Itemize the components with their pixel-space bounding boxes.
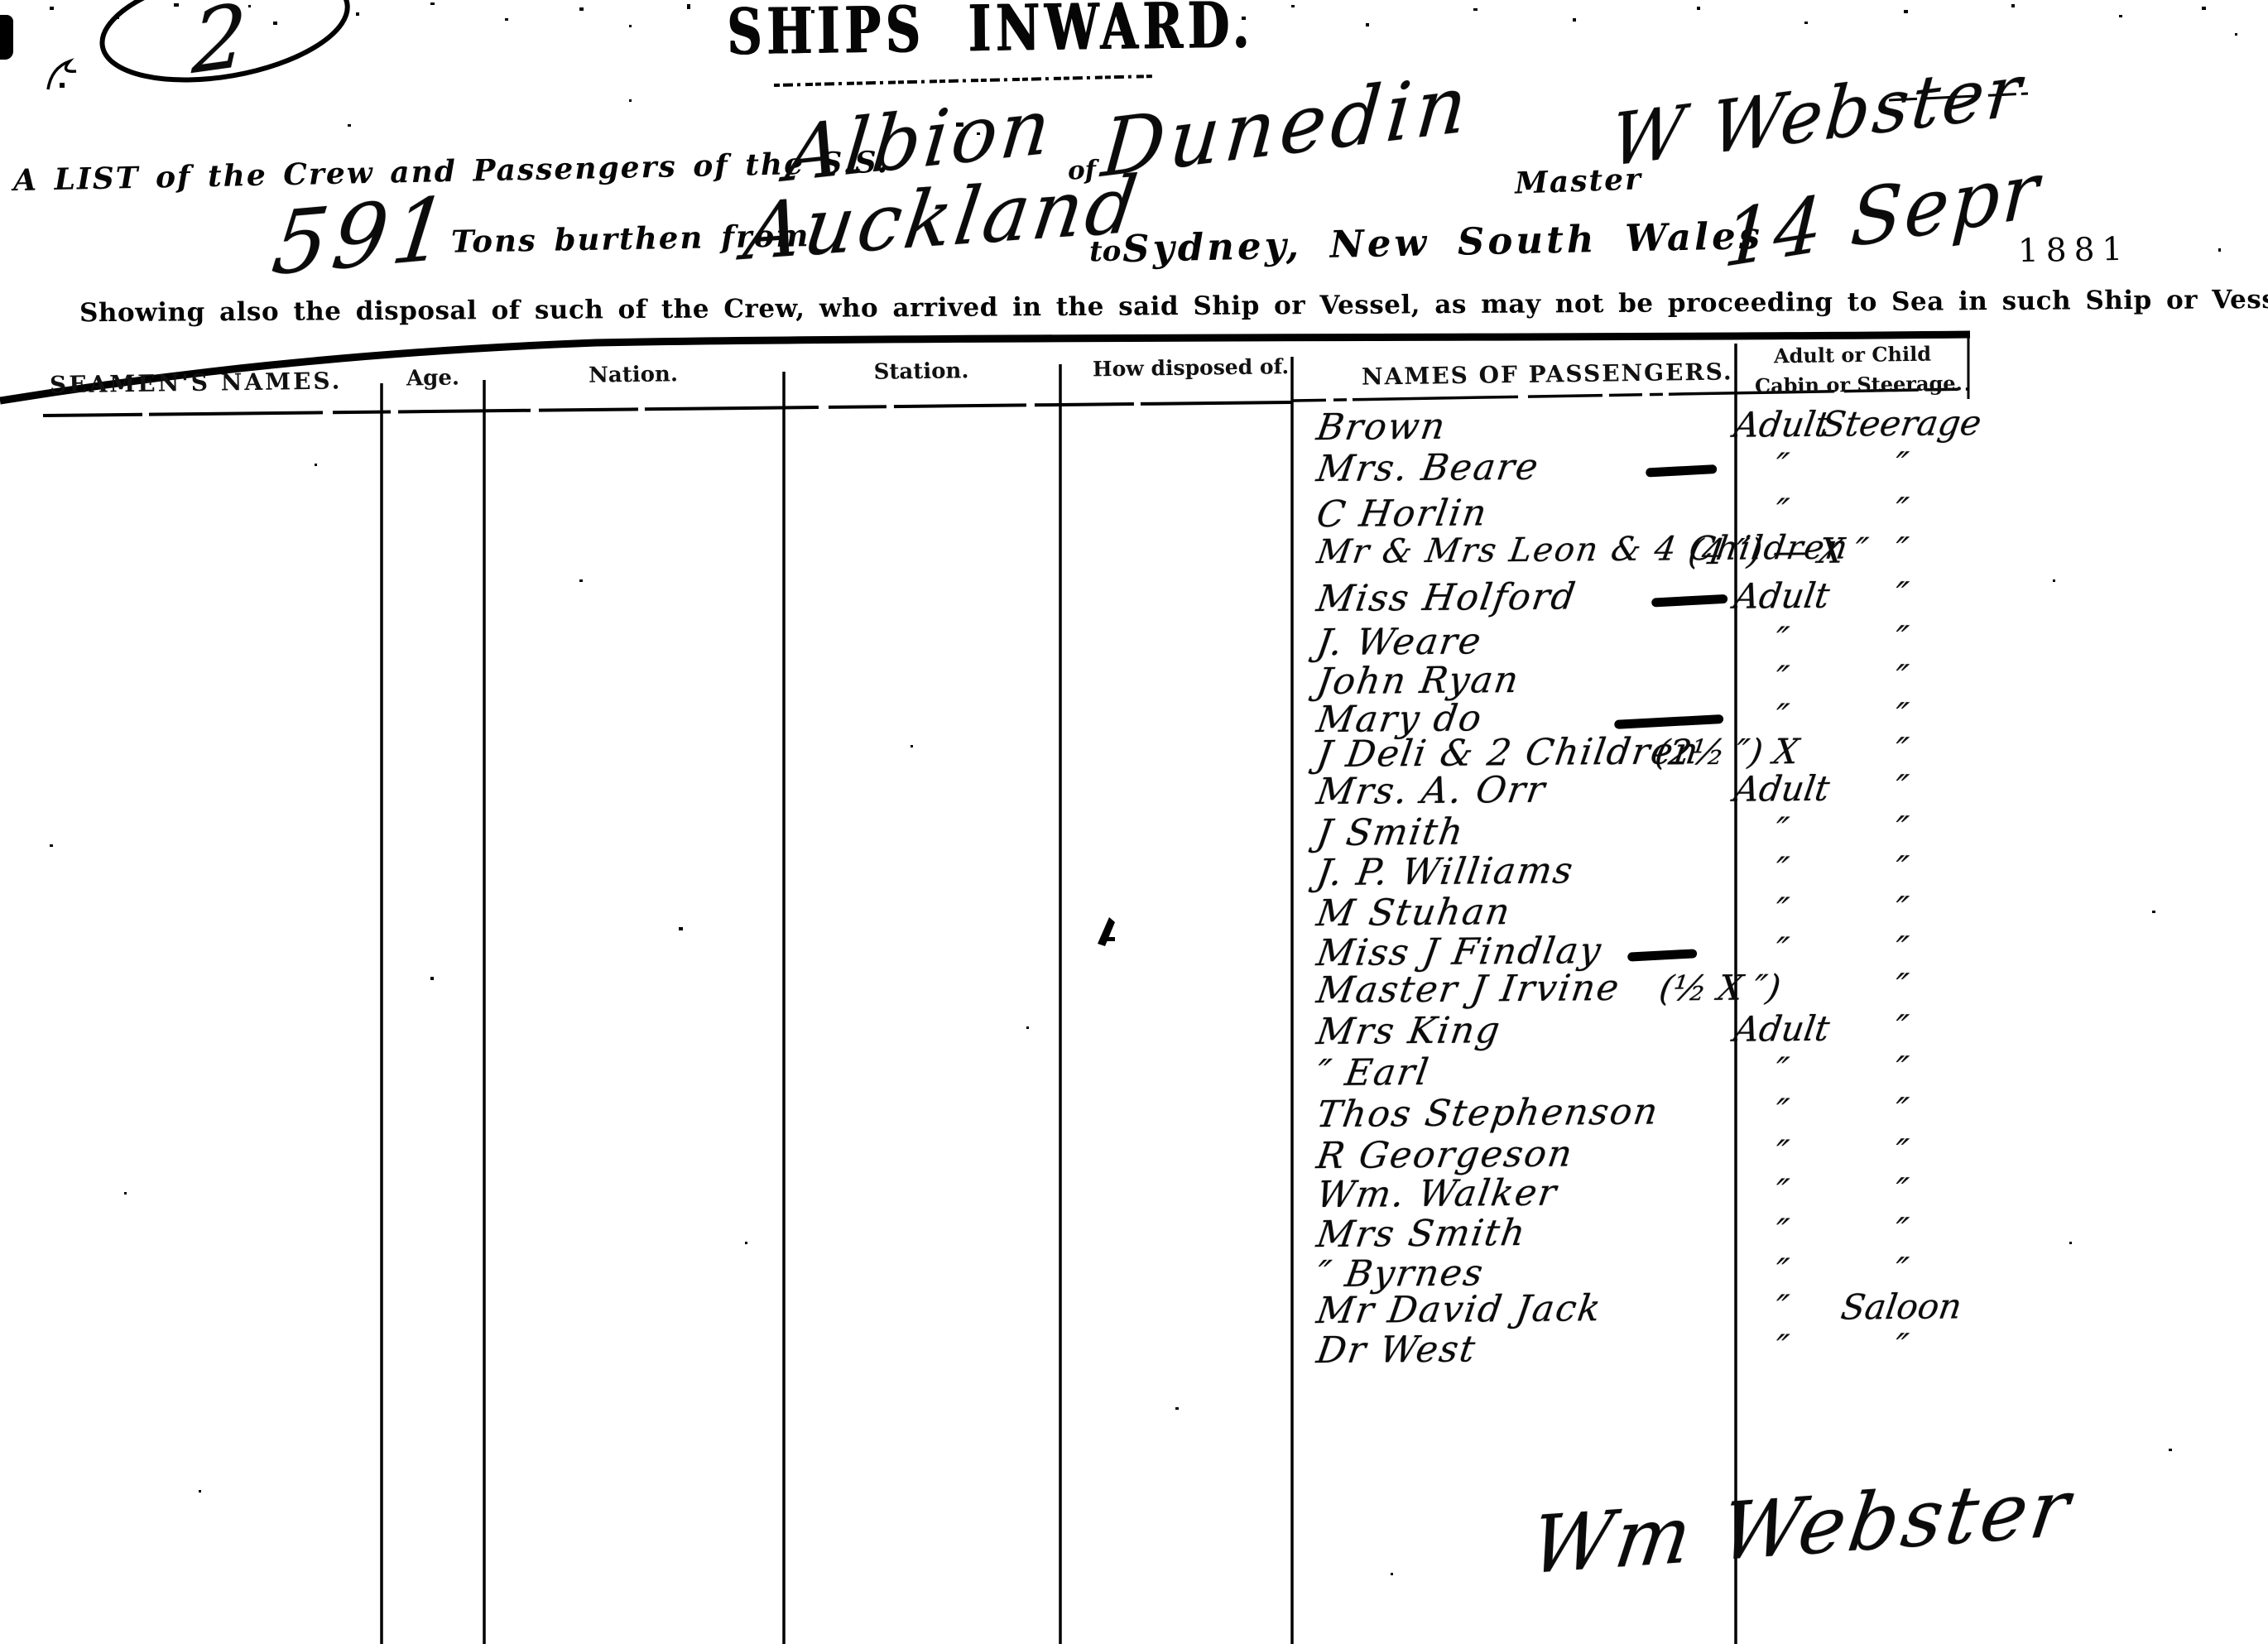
cabin-steerage-mark: ″ xyxy=(1816,1209,1986,1252)
cabin-steerage-mark: ″ xyxy=(1816,529,1986,571)
passenger-name: M Stuhan xyxy=(1314,891,1514,935)
passenger-name: C Horlin xyxy=(1314,492,1491,536)
passenger-name: Mr David Jack xyxy=(1314,1287,1604,1332)
cabin-steerage-mark: ″ xyxy=(1816,1089,1986,1132)
scan-edge-blob xyxy=(0,15,13,60)
disposal-dash-mark xyxy=(1646,464,1717,477)
passenger-name: Mrs. Beare xyxy=(1314,446,1542,490)
cabin-steerage-mark: ″ xyxy=(1816,808,1986,850)
passenger-name: Mrs Smith xyxy=(1314,1212,1529,1256)
passenger-name: John Ryan xyxy=(1314,659,1522,703)
passenger-name: Dr West xyxy=(1314,1328,1479,1372)
disposal-dash-mark xyxy=(1651,594,1727,608)
cabin-steerage-mark: ″ xyxy=(1816,618,1986,660)
disposal-dash-mark xyxy=(1614,714,1723,729)
passenger-name: J. P. Williams xyxy=(1314,849,1577,894)
passenger-name: Master J Irvine xyxy=(1314,967,1623,1012)
column-header-passenger-names: NAMES OF PASSENGERS. xyxy=(1362,358,1676,390)
column-header-station: Station. xyxy=(855,358,987,385)
column-header-cabin-or-steerage: Cabin or Steerage. xyxy=(1755,371,1950,397)
column-header-adult-or-child: Adult or Child xyxy=(1755,341,1950,368)
cabin-steerage-mark: ″ xyxy=(1816,965,1986,1007)
cabin-steerage-mark: ″ xyxy=(1816,489,1986,531)
year-label: 1881 xyxy=(2018,231,2131,270)
ink-dot xyxy=(60,83,65,88)
cabin-steerage-mark: ″ xyxy=(1816,1131,1986,1173)
cabin-steerage-mark: ″ xyxy=(1816,888,1986,930)
to-label: to xyxy=(1089,235,1122,269)
cabin-steerage-mark: ″ xyxy=(1816,1170,1986,1212)
cabin-steerage-mark: ″ xyxy=(1816,444,1986,486)
cabin-steerage-mark: ″ xyxy=(1816,1048,1986,1090)
column-header-seamen-names: SEAMEN'S NAMES. xyxy=(50,368,331,399)
passenger-name: Thos Stephenson xyxy=(1314,1090,1662,1136)
title-underline-rule xyxy=(774,76,1155,85)
column-header-how-disposed: How disposed of. xyxy=(1093,355,1258,382)
passenger-name: Mrs. A. Orr xyxy=(1314,769,1549,813)
cabin-steerage-mark: ″ xyxy=(1816,574,1986,616)
cabin-steerage-mark: ″ xyxy=(1816,848,1986,890)
column-header-age: Age. xyxy=(396,365,470,391)
page-title: SHIPS INWARD. xyxy=(727,0,1254,70)
cabin-steerage-mark: ″ xyxy=(1816,656,1986,699)
passenger-name: Miss Holford xyxy=(1314,575,1579,620)
passenger-name: Mrs King xyxy=(1314,1009,1504,1053)
cabin-steerage-mark: ″ xyxy=(1816,1325,1986,1368)
child-count-note: (½ X ″) xyxy=(1656,967,1783,1008)
column-header-nation: Nation. xyxy=(571,362,695,388)
passenger-name: R Georgeson xyxy=(1314,1132,1576,1177)
cabin-steerage-mark: ″ xyxy=(1816,767,1986,809)
passenger-name: J Smith xyxy=(1314,811,1467,855)
passenger-name: ″ Earl xyxy=(1314,1051,1433,1094)
cabin-steerage-mark: Saloon xyxy=(1816,1286,1986,1328)
passenger-name: Brown xyxy=(1314,406,1449,449)
disposal-dash-mark xyxy=(1627,949,1697,961)
passenger-name: Wm. Walker xyxy=(1314,1172,1560,1217)
tonnage-entry: 591 xyxy=(267,177,459,296)
stamp-number: 2 xyxy=(190,0,248,94)
passenger-name: J. Weare xyxy=(1314,620,1485,664)
cabin-steerage-mark: ″ xyxy=(1816,1007,1986,1049)
ships-inward-document: { "page": { "title": "SHIPS INWARD.", "s… xyxy=(0,0,2268,1644)
cabin-steerage-mark: Steerage xyxy=(1816,402,1986,445)
